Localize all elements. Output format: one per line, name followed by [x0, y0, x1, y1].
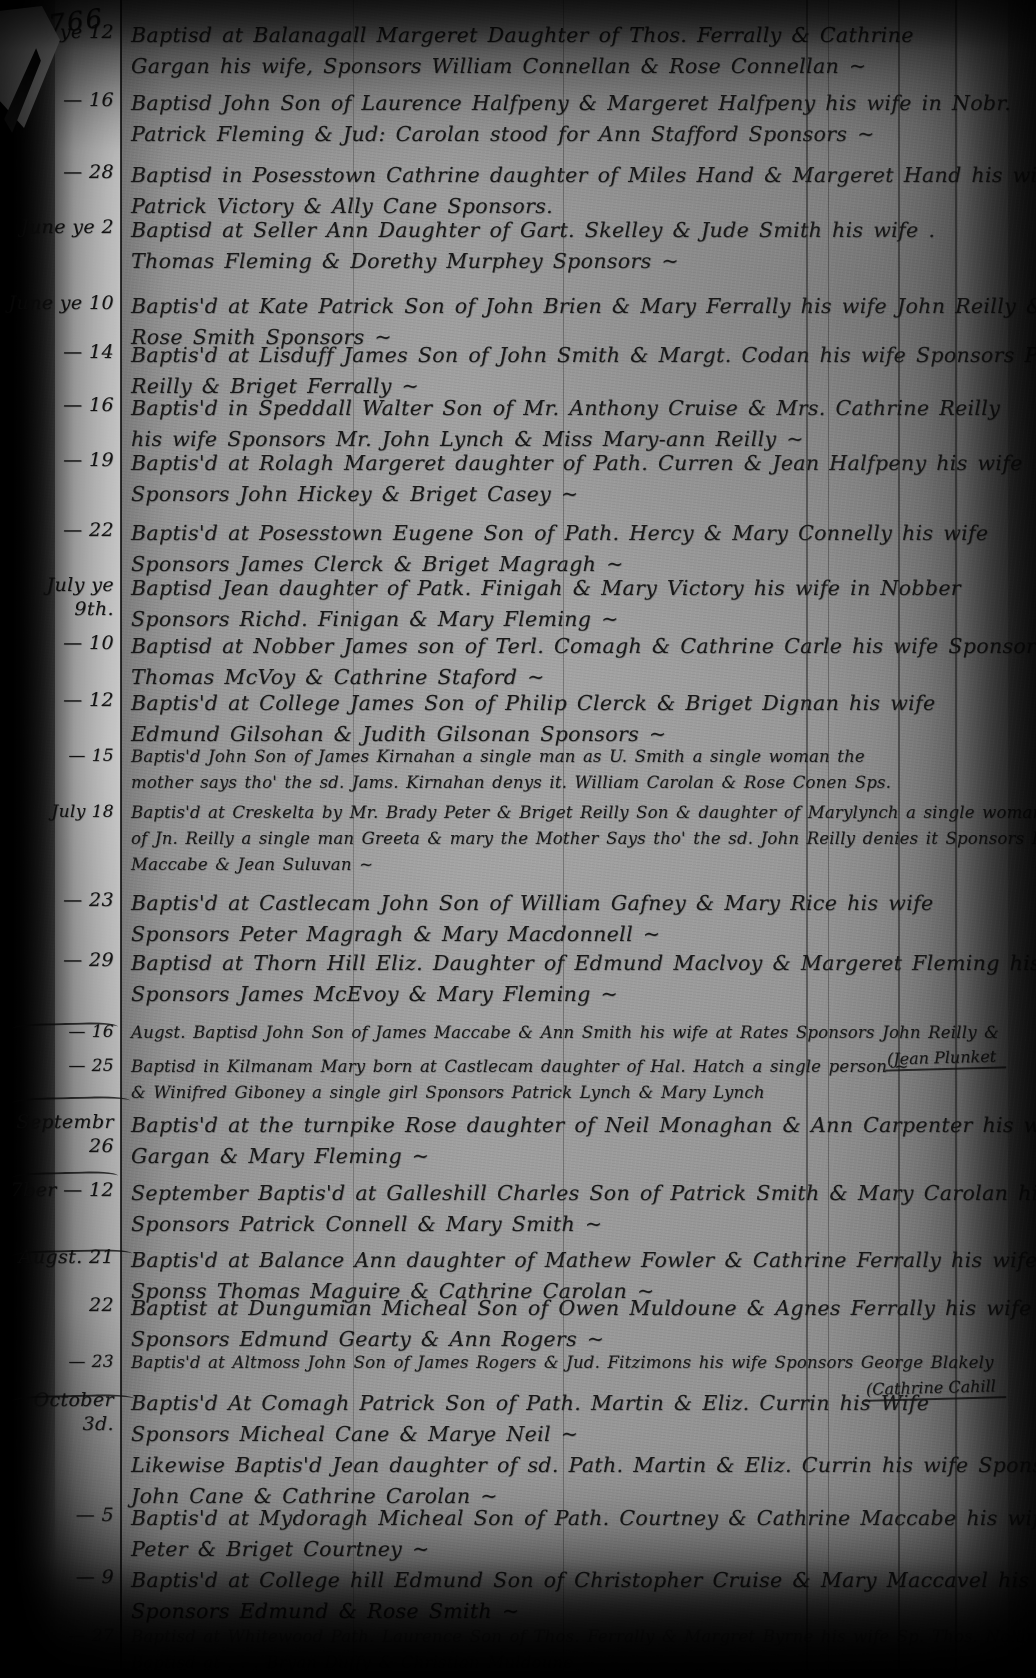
record-line: Baptis'd at Castlecam John Son of Willia…	[131, 888, 1002, 919]
margin-date: — 16	[2, 1020, 114, 1044]
margin-date: — 16	[2, 393, 114, 417]
record-text: Baptisd at Seller Ann Daughter of Gart. …	[131, 215, 1002, 277]
record-line: Sponsors Micheal Cane & Marye Neil ~	[131, 1419, 1002, 1450]
record-line: Baptis'd at Balance Ann daughter of Math…	[131, 1245, 1002, 1276]
record-text: Baptisd in Kilmanam Mary born at Castlec…	[131, 1054, 1002, 1106]
margin-date: — 12	[2, 688, 114, 712]
margin-date: Septembr 26	[2, 1110, 114, 1158]
baptism-record: July 18 Baptis'd at Creskelta by Mr. Bra…	[0, 800, 1036, 878]
baptism-record: — 12 Baptis'd at College James Son of Ph…	[0, 688, 1036, 750]
record-text: Baptisd at Whitewood Path. Laurence Son …	[131, 1624, 1002, 1676]
record-line: of Jn. Reilly a single man Greeta & mary…	[131, 826, 1002, 852]
margin-date: July 18	[2, 800, 114, 824]
record-text: Augst. Baptisd John Son of James Maccabe…	[131, 1020, 1002, 1046]
record-text: Baptis'd in Speddall Walter Son of Mr. A…	[131, 393, 1002, 455]
margin-date: — 29	[2, 948, 114, 972]
record-line: Baptis'd at the turnpike Rose daughter o…	[131, 1110, 1002, 1141]
record-line: Baptis'd at Rolagh Margeret daughter of …	[131, 448, 1002, 479]
baptism-record: — 16 Baptisd John Son of Laurence Halfpe…	[0, 88, 1036, 150]
margin-date: — 5	[2, 1503, 114, 1527]
record-line: & Winifred Giboney a single girl Sponsor…	[131, 1080, 1002, 1106]
record-line: Baptisd at Balanagall Margeret Daughter …	[131, 20, 1002, 51]
record-line: Sponsors Patrick Connell & Mary Smith ~	[131, 1209, 1002, 1240]
record-text: Baptis'd at Castlecam John Son of Willia…	[131, 888, 1002, 950]
margin-date: October 3d.	[2, 1388, 114, 1436]
record-text: Baptis'd at Altmoss John Son of James Ro…	[131, 1350, 1002, 1376]
record-line: Baptis'd at Altmoss John Son of James Ro…	[131, 1350, 1002, 1376]
register-page: 1766 May ye 12 Baptisd at Balanagall Mar…	[0, 0, 1036, 1678]
margin-date: 22	[2, 1293, 114, 1317]
record-line: Baptisd in Kilmanam Mary born at Castlec…	[131, 1054, 1002, 1080]
margin-date: — 28	[2, 160, 114, 184]
baptism-record: — 25 Baptisd in Kilmanam Mary born at Ca…	[0, 1054, 1036, 1106]
record-line: Augst. Baptisd John Son of James Maccabe…	[131, 1020, 1002, 1046]
record-line: Sponsors James McEvoy & Mary Fleming ~	[131, 979, 1002, 1010]
baptism-record: June ye 2 Baptisd at Seller Ann Daughter…	[0, 215, 1036, 277]
baptism-record: — 22 Baptis'd at Posesstown Eugene Son o…	[0, 518, 1036, 580]
margin-date: June ye 10	[2, 291, 114, 315]
record-line: September Baptis'd at Galleshill Charles…	[131, 1178, 1002, 1209]
record-text: Baptisd John Son of Laurence Halfpeny & …	[131, 88, 1002, 150]
margin-date: June ye 2	[2, 215, 114, 239]
record-line: Likewise Baptis'd Jean daughter of sd. P…	[131, 1450, 1002, 1481]
record-line: Baptisd at . . . Bryan Duffy & Christian…	[131, 1650, 1002, 1676]
record-line: Patrick Fleming & Jud: Carolan stood for…	[131, 119, 1002, 150]
baptism-record: — 23 Baptis'd at Castlecam John Son of W…	[0, 888, 1036, 950]
record-line: Peter & Briget Courtney ~	[131, 1534, 1002, 1565]
margin-date: July ye 9th.	[2, 573, 114, 621]
margin-date: — 14	[2, 340, 114, 364]
margin-date: — 10	[2, 631, 114, 655]
record-text: Baptisd at Thorn Hill Eliz. Daughter of …	[131, 948, 1002, 1010]
record-text: Baptis'd at Posesstown Eugene Son of Pat…	[131, 518, 1002, 580]
record-text: Baptis'd at College James Son of Philip …	[131, 688, 1002, 750]
record-line: Baptis'd at Kate Patrick Son of John Bri…	[131, 291, 1002, 322]
record-text: Baptisd at Nobber James son of Terl. Com…	[131, 631, 1002, 693]
record-line: Maccabe & Jean Suluvan ~	[131, 852, 1002, 878]
margin-date: — 19	[2, 448, 114, 472]
record-text: Baptis'd at College hill Edmund Son of C…	[131, 1565, 1002, 1627]
record-text: Baptisd at Balanagall Margeret Daughter …	[131, 20, 1002, 82]
margin-date: Augst. 21	[2, 1245, 114, 1269]
record-line: Gargan & Mary Fleming ~	[131, 1141, 1002, 1172]
baptism-record: — 19 Baptis'd at Rolagh Margeret daughte…	[0, 448, 1036, 510]
record-line: Sponsors Peter Magragh & Mary Macdonnell…	[131, 919, 1002, 950]
baptism-record: 22 Baptist at Dungumian Micheal Son of O…	[0, 1293, 1036, 1355]
record-text: Baptis'd at Creskelta by Mr. Brady Peter…	[131, 800, 1002, 878]
record-line: Baptis'd in Speddall Walter Son of Mr. A…	[131, 393, 1002, 424]
record-text: Baptis'd At Comagh Patrick Son of Path. …	[131, 1388, 1002, 1512]
baptism-record: Septembr 26 Baptis'd at the turnpike Ros…	[0, 1110, 1036, 1172]
record-line: Baptis'd John Son of James Kirnahan a si…	[131, 744, 1002, 770]
baptism-record: — 29 Baptisd at Thorn Hill Eliz. Daughte…	[0, 948, 1036, 1010]
record-line: Gargan his wife, Sponsors William Connel…	[131, 51, 1002, 82]
record-line: Sponsors Edmund & Rose Smith ~	[131, 1596, 1002, 1627]
margin-date: — 15	[2, 744, 114, 768]
baptism-record: — 16 Baptis'd in Speddall Walter Son of …	[0, 393, 1036, 455]
baptism-record: — 5 Baptis'd at Mydoragh Micheal Son of …	[0, 1503, 1036, 1565]
record-line: Baptisd in Posesstown Cathrine daughter …	[131, 160, 1002, 191]
record-line: Baptis'd at Mydoragh Micheal Son of Path…	[131, 1503, 1002, 1534]
baptism-record: — 23 Baptis'd at Altmoss John Son of Jam…	[0, 1350, 1036, 1376]
record-line: mother says tho' the sd. Jams. Kirnahan …	[131, 770, 1002, 796]
baptism-record: May ye 12 Baptisd at Balanagall Margeret…	[0, 20, 1036, 82]
record-line: Baptisd at Seller Ann Daughter of Gart. …	[131, 215, 1002, 246]
record-line: Baptis'd at College hill Edmund Son of C…	[131, 1565, 1002, 1596]
record-text: Baptisd in Posesstown Cathrine daughter …	[131, 160, 1002, 222]
record-line: Baptisd at Whitewood Path. Laurence Son …	[131, 1624, 1002, 1650]
baptism-record: — 27 Baptisd at Whitewood Path. Laurence…	[0, 1624, 1036, 1676]
margin-date: 7ber — 12	[2, 1178, 114, 1202]
record-line: Baptis'd at Posesstown Eugene Son of Pat…	[131, 518, 1002, 549]
record-line: Baptist at Dungumian Micheal Son of Owen…	[131, 1293, 1002, 1324]
margin-date: — 27	[2, 1624, 114, 1648]
record-line: Sponsors John Hickey & Briget Casey ~	[131, 479, 1002, 510]
margin-date: — 16	[2, 88, 114, 112]
record-line: Baptis'd at College James Son of Philip …	[131, 688, 1002, 719]
record-line: Baptisd at Thorn Hill Eliz. Daughter of …	[131, 948, 1002, 979]
baptism-record: — 28 Baptisd in Posesstown Cathrine daug…	[0, 160, 1036, 222]
baptism-record: — 16 Augst. Baptisd John Son of James Ma…	[0, 1020, 1036, 1046]
baptism-record: — 9 Baptis'd at College hill Edmund Son …	[0, 1565, 1036, 1627]
record-line: Baptisd at Nobber James son of Terl. Com…	[131, 631, 1002, 662]
record-line: Baptis'd at Lisduff James Son of John Sm…	[131, 340, 1002, 371]
record-text: Baptis'd at Mydoragh Micheal Son of Path…	[131, 1503, 1002, 1565]
record-line: Baptis'd at Creskelta by Mr. Brady Peter…	[131, 800, 1002, 826]
record-text: Baptis'd John Son of James Kirnahan a si…	[131, 744, 1002, 796]
margin-date: — 23	[2, 1350, 114, 1374]
baptism-record: October 3d. Baptis'd At Comagh Patrick S…	[0, 1388, 1036, 1512]
record-text: Baptisd Jean daughter of Patk. Finigah &…	[131, 573, 1002, 635]
baptism-record: — 10 Baptisd at Nobber James son of Terl…	[0, 631, 1036, 693]
margin-date: — 22	[2, 518, 114, 542]
baptism-record: 7ber — 12 September Baptis'd at Galleshi…	[0, 1178, 1036, 1240]
record-line: Baptisd Jean daughter of Patk. Finigah &…	[131, 573, 1002, 604]
record-line: Baptisd John Son of Laurence Halfpeny & …	[131, 88, 1002, 119]
margin-date: May ye 12	[2, 20, 114, 44]
record-text: Baptist at Dungumian Micheal Son of Owen…	[131, 1293, 1002, 1355]
record-text: Baptis'd at Rolagh Margeret daughter of …	[131, 448, 1002, 510]
margin-date: — 9	[2, 1565, 114, 1589]
margin-date: — 25	[2, 1054, 114, 1078]
margin-date: — 23	[2, 888, 114, 912]
baptism-record: — 15 Baptis'd John Son of James Kirnahan…	[0, 744, 1036, 796]
record-text: September Baptis'd at Galleshill Charles…	[131, 1178, 1002, 1240]
record-line: Baptis'd At Comagh Patrick Son of Path. …	[131, 1388, 1002, 1419]
record-text: Baptis'd at the turnpike Rose daughter o…	[131, 1110, 1002, 1172]
record-line: Thomas Fleming & Dorethy Murphey Sponsor…	[131, 246, 1002, 277]
baptism-record: July ye 9th. Baptisd Jean daughter of Pa…	[0, 573, 1036, 635]
